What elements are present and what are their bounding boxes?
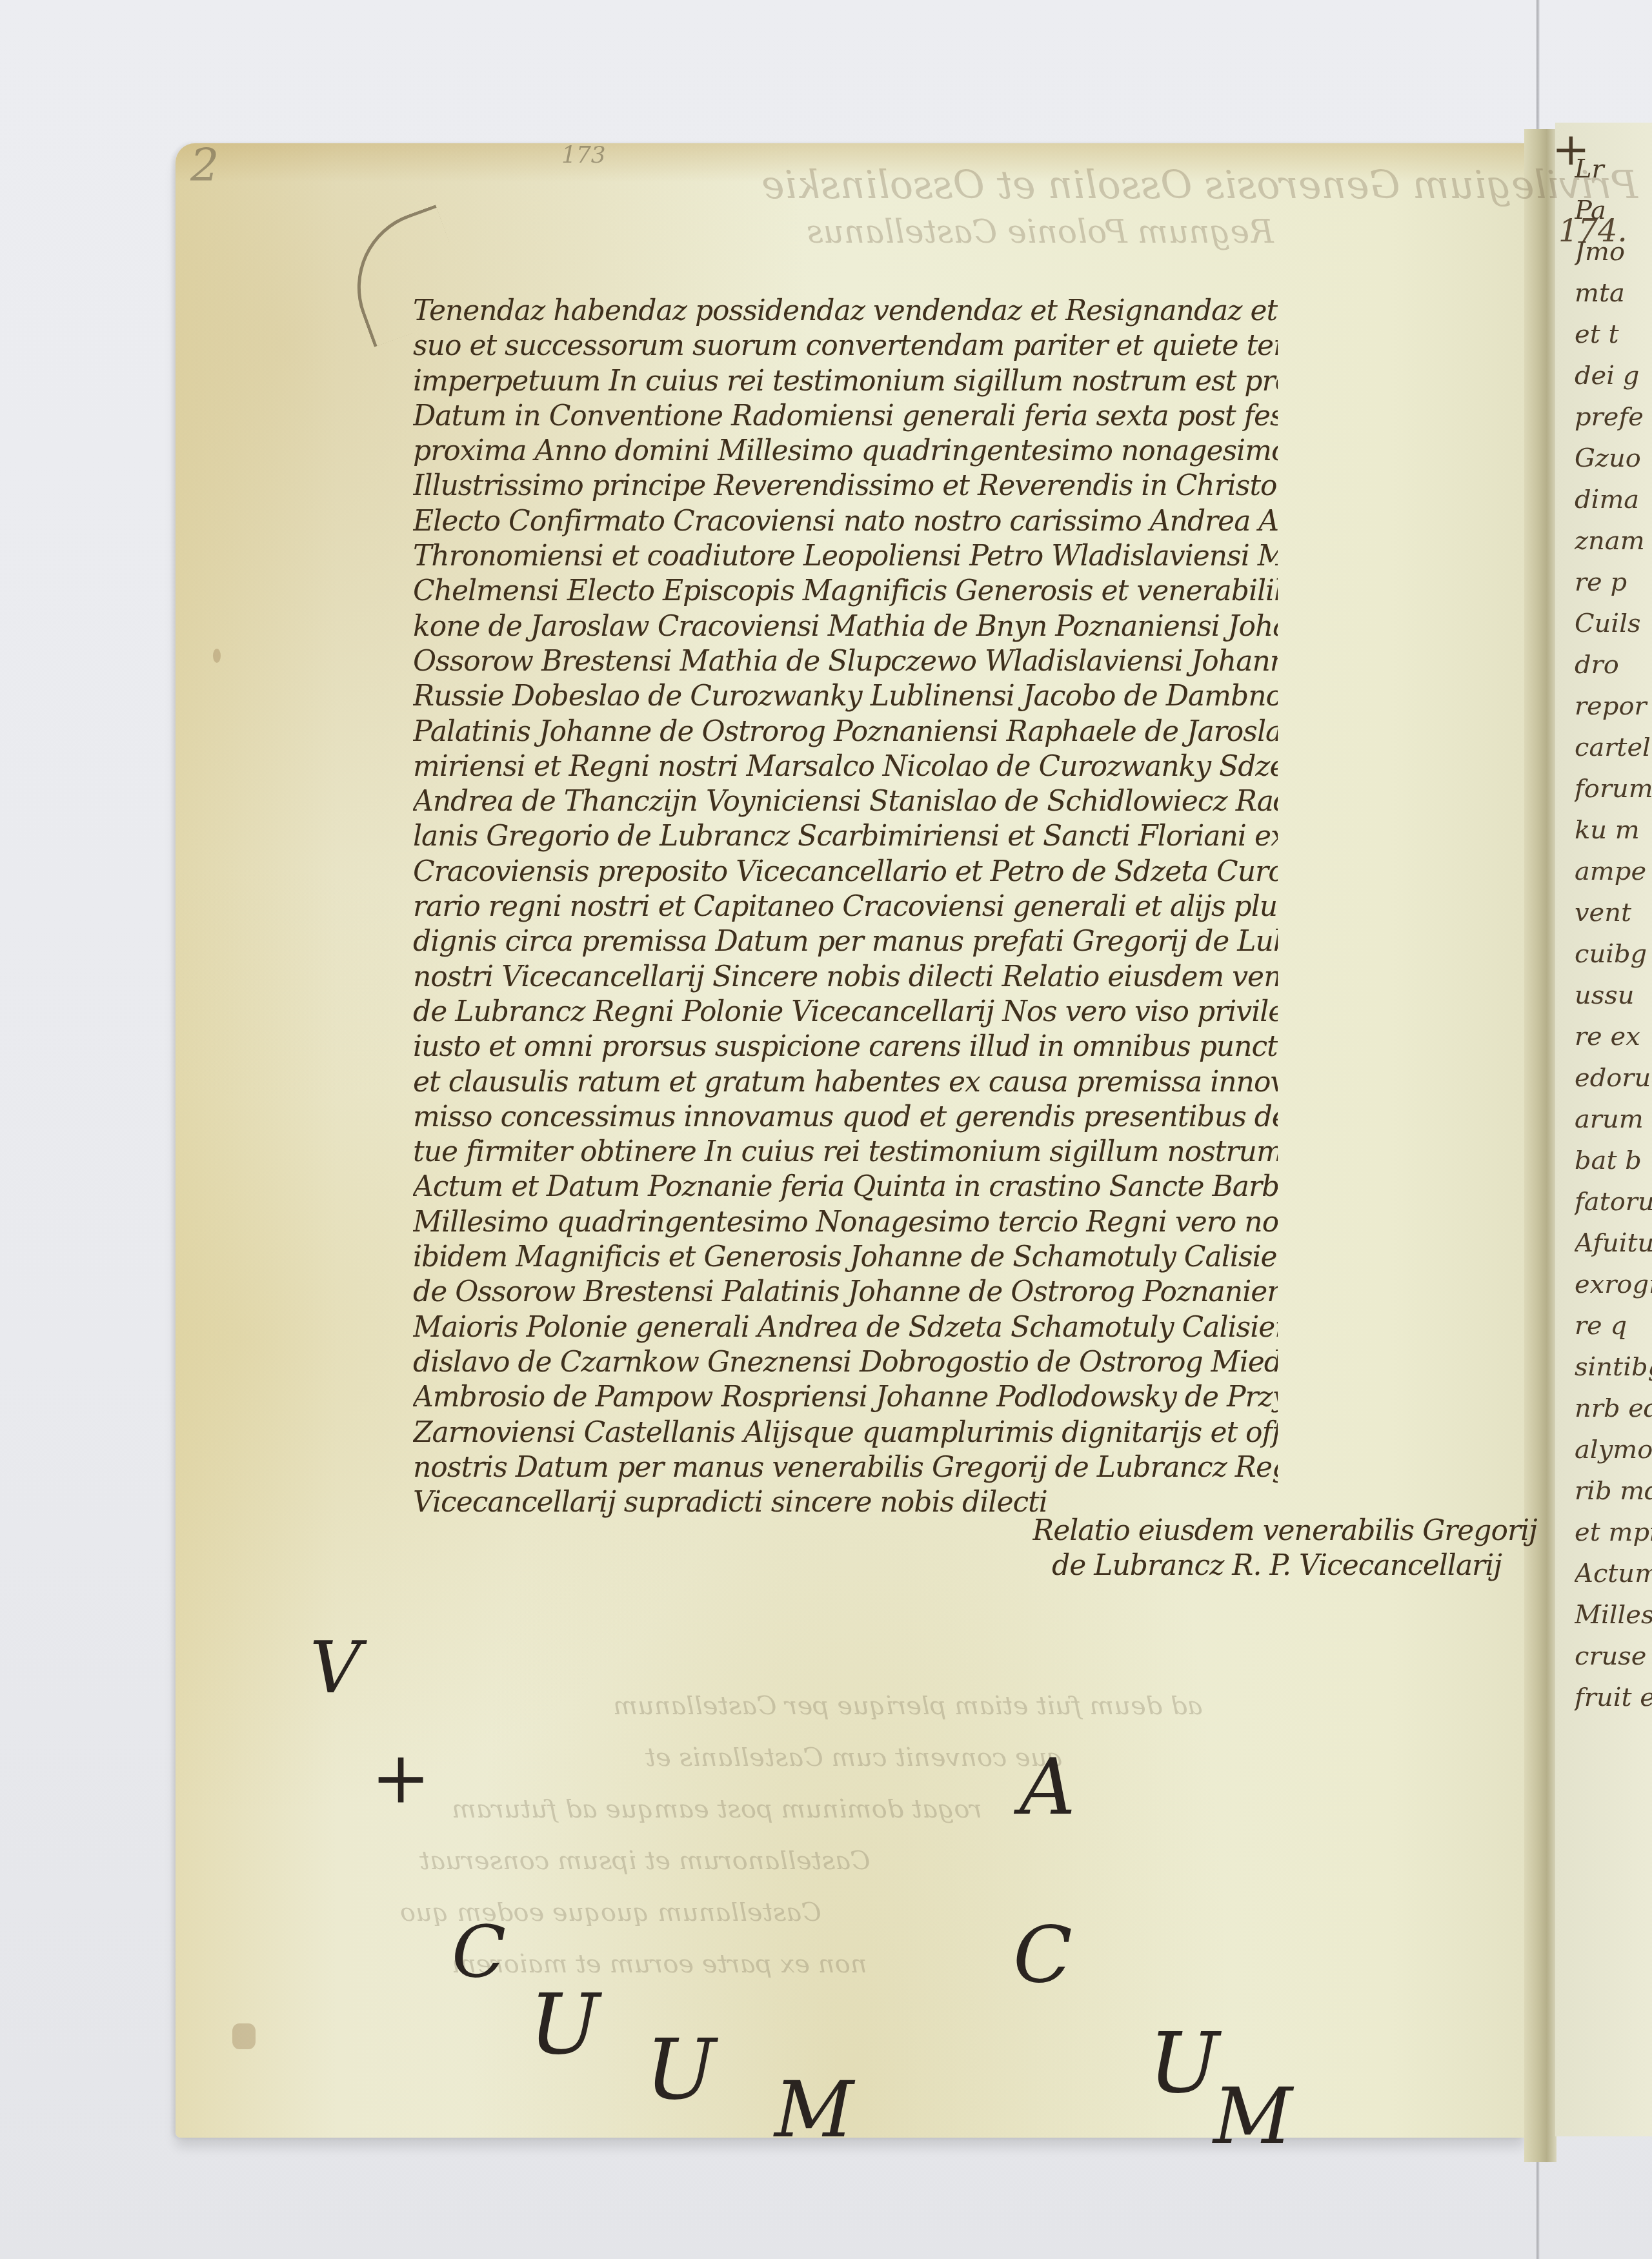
right-line: re ex	[1575, 1016, 1652, 1057]
right-line: Gzuo	[1575, 438, 1652, 479]
show-through-line: rogat dominum post eamque ad futuram	[452, 1794, 982, 1824]
right-line: re p	[1575, 562, 1652, 603]
right-line: Lr	[1575, 148, 1652, 190]
pen-trial-letter: A	[1020, 1743, 1076, 1832]
text-line: rario regni nostri et Capitaneo Cracovie…	[413, 889, 1278, 924]
text-line: dignis circa premissa Datum per manus pr…	[413, 924, 1278, 959]
text-line: Ossorow Brestensi Mathia de Slupczewo Wl…	[413, 644, 1278, 679]
right-line: dro	[1575, 644, 1652, 685]
text-line: tue firmiter obtinere In cuius rei testi…	[413, 1135, 1278, 1170]
text-line: Illustrissimo principe Reverendissimo et…	[413, 469, 1278, 503]
right-line: fruit e	[1575, 1677, 1652, 1718]
right-line: vent	[1575, 892, 1652, 933]
right-line: ku m	[1575, 809, 1652, 851]
right-line: nrb edo	[1575, 1388, 1652, 1429]
text-line: imperpetuum In cuius rei testimonium sig…	[413, 364, 1278, 399]
right-line: exrogm	[1575, 1264, 1652, 1305]
pen-trial-letter: M	[774, 2065, 854, 2155]
right-page-text-column: Lr Pa Jmo mta et t dei g prefe Gzuo dima…	[1575, 148, 1652, 1718]
text-line: Ambrosio de Pampow Rospriensi Johanne Po…	[413, 1380, 1278, 1415]
text-line: Thronomiensi et coadiutore Leopoliensi P…	[413, 539, 1278, 574]
text-line: Millesimo quadringentesimo Nonagesimo te…	[413, 1205, 1278, 1240]
text-line: Russie Dobeslao de Curozwanky Lublinensi…	[413, 679, 1278, 714]
text-line: nostris Datum per manus venerabilis Greg…	[413, 1450, 1278, 1485]
right-line: bat b	[1575, 1140, 1652, 1181]
pen-trial-letter: U	[645, 2020, 716, 2118]
text-line: ibidem Magnificis et Generosis Johanne d…	[413, 1240, 1278, 1275]
right-line: rib mdo	[1575, 1470, 1652, 1512]
text-line: Tenendaz habendaz possidendaz vendendaz …	[413, 294, 1278, 329]
right-line: Jmo	[1575, 231, 1652, 272]
ink-spot	[213, 649, 221, 663]
right-line: cartel	[1575, 727, 1652, 768]
right-line: sintibg	[1575, 1346, 1652, 1388]
text-line: Palatinis Johanne de Ostrorog Poznaniens…	[413, 714, 1278, 749]
right-line: dima	[1575, 479, 1652, 520]
right-line: Cuils	[1575, 603, 1652, 644]
text-line: lanis Gregorio de Lubrancz Scarbimiriens…	[413, 819, 1278, 854]
show-through-header: Privilegium Generosis Ossolin et Ossolin…	[761, 163, 1638, 208]
right-line: mta	[1575, 272, 1652, 314]
right-line: cruse p	[1575, 1636, 1652, 1677]
right-line: alymoli	[1575, 1429, 1652, 1470]
relatio-signature: Relatio eiusdem venerabilis Gregorij de …	[1032, 1514, 1537, 1584]
book-gutter	[1524, 129, 1556, 2162]
text-line: Electo Confirmato Cracoviensi nato nostr…	[413, 504, 1278, 539]
right-line: forum	[1575, 768, 1652, 809]
text-line: Chelmensi Electo Episcopis Magnificis Ge…	[413, 574, 1278, 609]
right-line: Afuitud	[1575, 1222, 1652, 1264]
main-text-block: Tenendaz habendaz possidendaz vendendaz …	[413, 294, 1278, 1520]
text-line: Andrea de Thanczijn Voyniciensi Stanisla…	[413, 784, 1278, 819]
right-line: et mpi	[1575, 1512, 1652, 1553]
text-line: nostri Vicecancellarij Sincere nobis dil…	[413, 960, 1278, 995]
text-line: miriensi et Regni nostri Marsalco Nicola…	[413, 749, 1278, 784]
signature-line: de Lubrancz R. P. Vicecancellarij	[1032, 1548, 1537, 1583]
pen-trial-letter: U	[529, 1975, 600, 2073]
text-line: dislavo de Czarnkow Gneznensi Dobrogosti…	[413, 1345, 1278, 1380]
pen-trial-letter: M	[1213, 2072, 1293, 2162]
right-line: Actum	[1575, 1553, 1652, 1594]
text-line: iusto et omni prorsus suspicione carens …	[413, 1029, 1278, 1064]
right-line: re q	[1575, 1305, 1652, 1346]
right-line: et t	[1575, 314, 1652, 355]
pen-trial-letter: C	[1013, 1910, 1073, 2000]
text-line: Maioris Polonie generali Andrea de Sdzet…	[413, 1310, 1278, 1345]
signature-line: Relatio eiusdem venerabilis Gregorij	[1032, 1514, 1537, 1548]
text-line: kone de Jaroslaw Cracoviensi Mathia de B…	[413, 609, 1278, 644]
right-line: Millesim	[1575, 1594, 1652, 1636]
text-line: de Ossorow Brestensi Palatinis Johanne d…	[413, 1275, 1278, 1310]
pen-trial-letter: +	[371, 1736, 430, 1819]
right-line: znam	[1575, 520, 1652, 562]
right-line: arum a	[1575, 1099, 1652, 1140]
show-through-line: ad deum fuit etiam plerique per Castella…	[613, 1691, 1203, 1721]
right-line: ampe	[1575, 851, 1652, 892]
pen-trial-letter: V	[310, 1626, 361, 1709]
text-line: Actum et Datum Poznanie feria Quinta in …	[413, 1170, 1278, 1204]
show-through-line: non ex parte eorum et maiorem	[452, 1949, 867, 1979]
show-through-line: que convenit cum Castellanis et	[645, 1743, 1063, 1772]
text-line: Zarnoviensi Castellanis Alijsque quamplu…	[413, 1415, 1278, 1450]
corner-mark: 2	[190, 139, 219, 192]
text-line: Cracoviensis preposito Vicecancellario e…	[413, 855, 1278, 889]
text-line: suo et successorum suorum convertendam p…	[413, 329, 1278, 363]
right-line: prefe	[1575, 396, 1652, 438]
faded-page-number: 173	[561, 142, 606, 168]
pen-trial-letter: U	[1149, 2014, 1220, 2112]
pen-trial-letter: C	[452, 1910, 506, 1993]
right-line: repor	[1575, 685, 1652, 727]
text-line: misso concessimus innovamus quod et gere…	[413, 1100, 1278, 1135]
text-line: et clausulis ratum et gratum habentes ex…	[413, 1065, 1278, 1100]
text-line: de Lubrancz Regni Polonie Vicecancellari…	[413, 995, 1278, 1029]
right-line: edorue	[1575, 1057, 1652, 1099]
show-through-header-2: Regnum Polonie Castellanus	[807, 213, 1274, 250]
right-line: ussu	[1575, 975, 1652, 1016]
text-line: proxima Anno domini Millesimo quadringen…	[413, 434, 1278, 469]
right-line: fatorum	[1575, 1181, 1652, 1222]
text-line: Datum in Conventione Radomiensi generali…	[413, 399, 1278, 434]
right-line: cuibg	[1575, 933, 1652, 975]
right-line: Pa	[1575, 190, 1652, 231]
show-through-line: Castellanorum et ipsum conseruat	[419, 1846, 871, 1876]
right-line: dei g	[1575, 355, 1652, 396]
stain-mark	[232, 2023, 256, 2049]
